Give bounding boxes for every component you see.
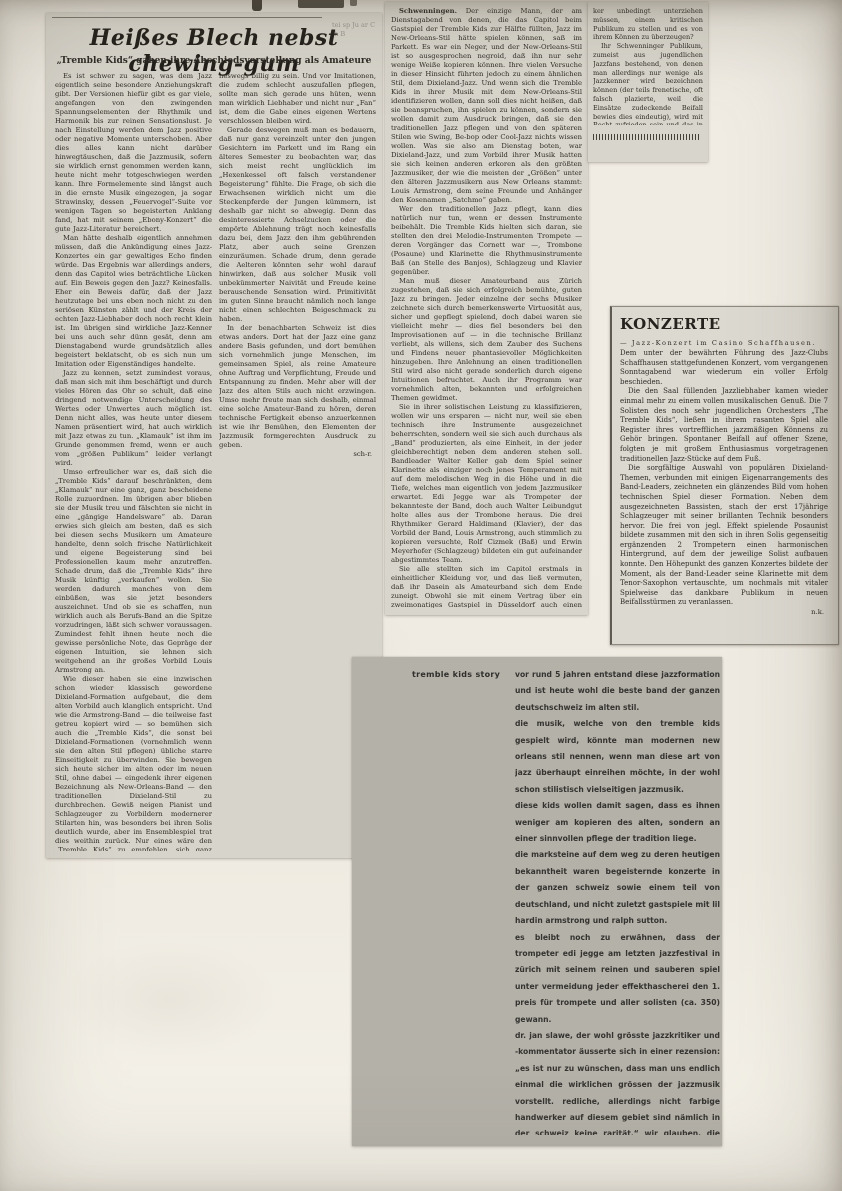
newspaper-clipping-konzerte: KONZERTE — Jazz-Konzert im Casino Schaff… (610, 306, 839, 645)
tremble-kids-story-clipping: tremble kids story vor rund 5 jahren ent… (352, 657, 722, 1146)
author-signature: n.k. (620, 608, 828, 616)
paragraph: Jazz zu kennen, setzt zumindest voraus, … (55, 369, 212, 468)
column-2-text: neswegs billig zu sein. Und vor Imitatio… (219, 72, 376, 450)
paragraph: In der benachbarten Schweiz ist dies etw… (219, 324, 376, 450)
paragraph: Schwenningen. Der einzige Mann, der am D… (391, 7, 582, 205)
newspaper-clipping-continuation-strip: ker unbedingt unterziehen müssen, einem … (588, 2, 708, 162)
paragraph: es bleibt noch zu erwähnen, dass der tro… (515, 930, 720, 1028)
schwenningen-article-continuation: Wer den traditionellen Jazz pflegt, kann… (391, 205, 582, 608)
paragraph: neswegs billig zu sein. Und vor Imitatio… (219, 72, 376, 126)
article-subhead: „Tremble Kids“ gaben ihre Abschiedsvorst… (46, 56, 382, 66)
paragraph: Sie in ihrer solistischen Leistung zu kl… (391, 403, 582, 565)
article-headline: Heißes Blech nebst chewing-gum (46, 25, 382, 77)
ink-fragment-artifact (298, 0, 344, 8)
paragraph: dr. jan slawe, der wohl grösste jazzkrit… (515, 1028, 720, 1135)
clipping-cut-edge-rule (52, 17, 322, 18)
konzerte-inner: KONZERTE — Jazz-Konzert im Casino Schaff… (620, 315, 828, 633)
newspaper-clipping-schwenningen-review: Schwenningen. Der einzige Mann, der am D… (385, 2, 588, 615)
story-body: vor rund 5 jahren entstand diese jazzfor… (515, 667, 720, 1135)
paragraph: die marksteine auf dem weg zu deren heut… (515, 847, 720, 929)
paragraph: Sie alle stellten sich im Capitol erstma… (391, 565, 582, 608)
paragraph: diese kids wollen damit sagen, dass es i… (515, 798, 720, 847)
lead-text: Der einzige Mann, der am Dienstagabend v… (391, 7, 582, 204)
paragraph: Die sorgfältige Auswahl von populären Di… (620, 464, 828, 608)
hatch-divider (593, 134, 701, 140)
konzerte-lead-line: — Jazz-Konzert im Casino Schaffhausen. (620, 339, 828, 347)
ink-fragment-artifact (350, 0, 357, 6)
paragraph: Ihr Schwenninger Publikum, zumeist aus j… (593, 42, 703, 125)
konzerte-body: Dem unter der bewährten Führung des Jazz… (620, 349, 828, 608)
paragraph: Gerade deswegen muß man es bedauern, daß… (219, 126, 376, 324)
paragraph: Dem unter der bewährten Führung des Jazz… (620, 349, 828, 387)
paragraph: Wer den traditionellen Jazz pflegt, kann… (391, 205, 582, 277)
paragraph: vor rund 5 jahren entstand diese jazzfor… (515, 667, 720, 716)
paragraph: Die den Saal füllenden Jazzliebhaber kam… (620, 387, 828, 464)
paper-stain (60, 940, 280, 1060)
konzerte-heading: KONZERTE (620, 315, 828, 333)
paragraph: ker unbedingt unterziehen müssen, einem … (593, 7, 703, 42)
schwenningen-article-body: Schwenningen. Der einzige Mann, der am D… (391, 7, 582, 608)
author-signature: sch-r. (219, 450, 376, 459)
dateline: Schwenningen. (399, 7, 457, 15)
continuation-column: ker unbedingt unterziehen müssen, einem … (593, 7, 703, 125)
paragraph: Man muß dieser Amateurband aus Zürich zu… (391, 277, 582, 403)
ink-fragment-artifact (252, 0, 262, 11)
story-label: tremble kids story (412, 670, 500, 679)
paragraph: Man hätte deshalb eigentlich annehmen mü… (55, 234, 212, 369)
paragraph: die musik, welche von den tremble kids g… (515, 716, 720, 798)
newspaper-clipping-main-review: tei sp Ju ar C ih B Heißes Blech nebst c… (46, 13, 382, 858)
paragraph: Umso erfreulicher war es, daß sich die „… (55, 468, 212, 675)
paragraph: Es ist schwer zu sagen, was dem Jazz eig… (55, 72, 212, 234)
paragraph: Wie dieser haben sie eine inzwischen sch… (55, 675, 212, 851)
article-column-1: Es ist schwer zu sagen, was dem Jazz eig… (55, 72, 212, 851)
article-column-2: neswegs billig zu sein. Und vor Imitatio… (219, 72, 376, 492)
